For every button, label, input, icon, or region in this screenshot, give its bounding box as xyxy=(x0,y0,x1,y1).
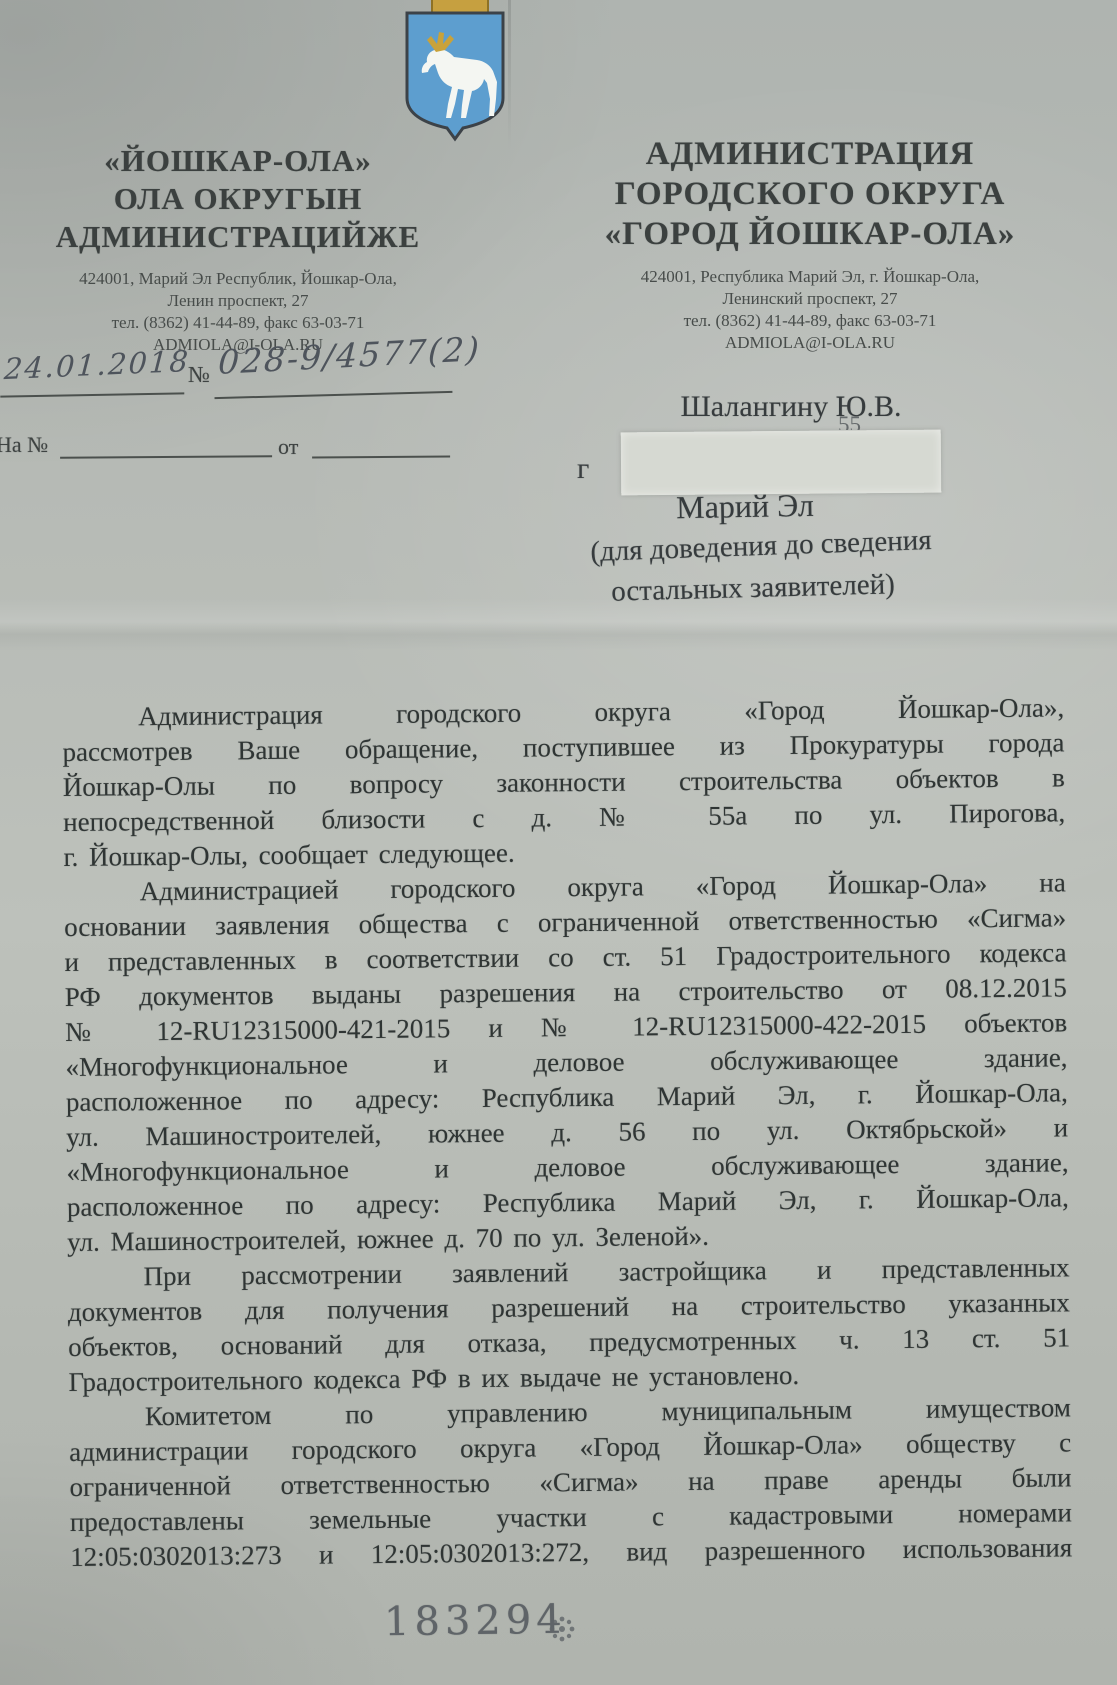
recipient-note-line1: (для доведения до сведения xyxy=(566,523,957,570)
address-left-line2: Ленин проспект, 27 xyxy=(28,290,448,312)
scanned-letter-page: «ЙОШКАР-ОЛА» ОЛА ОКРУГЫН АДМИНИСТРАЦИЙЖЕ… xyxy=(0,0,1117,1685)
letter-body: Администрация городского округа «Город Й… xyxy=(62,690,1072,1575)
covered-text-fragment: 55 xyxy=(838,412,882,430)
from-label: от xyxy=(278,434,298,460)
address-right-line3: тел. (8362) 41-44-89, факс 63-03-71 xyxy=(552,310,1068,332)
paragraph-1: Администрация городского округа «Город Й… xyxy=(62,690,1066,875)
stamp-rosette-icon xyxy=(546,1613,578,1645)
org-name-mari-line2: ОЛА ОКРУГЫН xyxy=(28,180,448,218)
address-left-line1: 424001, Марий Эл Республик, Йошкар-Ола, xyxy=(28,268,448,290)
reply-to-underline xyxy=(60,427,272,458)
reply-to-label: На № xyxy=(0,432,48,458)
paper-fold-highlight xyxy=(0,598,1117,650)
recipient-city-prefix: г xyxy=(577,452,589,486)
org-name-rus-line2: ГОРОДСКОГО ОКРУГА xyxy=(552,174,1068,214)
address-right-email: ADMIOLA@I-OLA.RU xyxy=(552,332,1068,354)
number-underline xyxy=(214,355,453,399)
recipient-name: Шалангину Ю.В. xyxy=(636,390,946,424)
recipient-region: Марий Эл xyxy=(600,485,891,527)
from-underline xyxy=(312,428,450,459)
org-name-rus-line3: «ГОРОД ЙОШКАР-ОЛА» xyxy=(552,214,1068,254)
registration-stamp-number: 183294 xyxy=(384,1597,567,1646)
address-left-line3: тел. (8362) 41-44-89, факс 63-03-71 xyxy=(28,312,448,334)
paper-crease-line xyxy=(508,0,511,150)
address-right-line2: Ленинский проспект, 27 xyxy=(552,288,1068,310)
paragraph-4: Комитетом по управлению муниципальным им… xyxy=(69,1390,1073,1575)
org-name-mari-line3: АДМИНИСТРАЦИЙЖЕ xyxy=(28,218,448,256)
paragraph-2: Администрацией городского округа «Город … xyxy=(64,865,1070,1260)
org-name-mari-line1: «ЙОШКАР-ОЛА» xyxy=(28,142,448,180)
address-right-line1: 424001, Республика Марий Эл, г. Йошкар-О… xyxy=(552,266,1068,288)
letterhead-right: АДМИНИСТРАЦИЯ ГОРОДСКОГО ОКРУГА «ГОРОД Й… xyxy=(552,134,1068,354)
recipient-note-line2: остальных заявителей) xyxy=(588,568,919,610)
number-sign-label: № xyxy=(188,362,210,388)
org-name-rus-line1: АДМИНИСТРАЦИЯ xyxy=(552,134,1068,174)
coat-of-arms-icon xyxy=(402,10,508,142)
paragraph-3: При рассмотрении заявлений застройщика и… xyxy=(67,1250,1070,1400)
letterhead-left: «ЙОШКАР-ОЛА» ОЛА ОКРУГЫН АДМИНИСТРАЦИЙЖЕ… xyxy=(28,142,448,356)
date-underline xyxy=(0,358,184,397)
redaction-tape xyxy=(621,430,942,496)
